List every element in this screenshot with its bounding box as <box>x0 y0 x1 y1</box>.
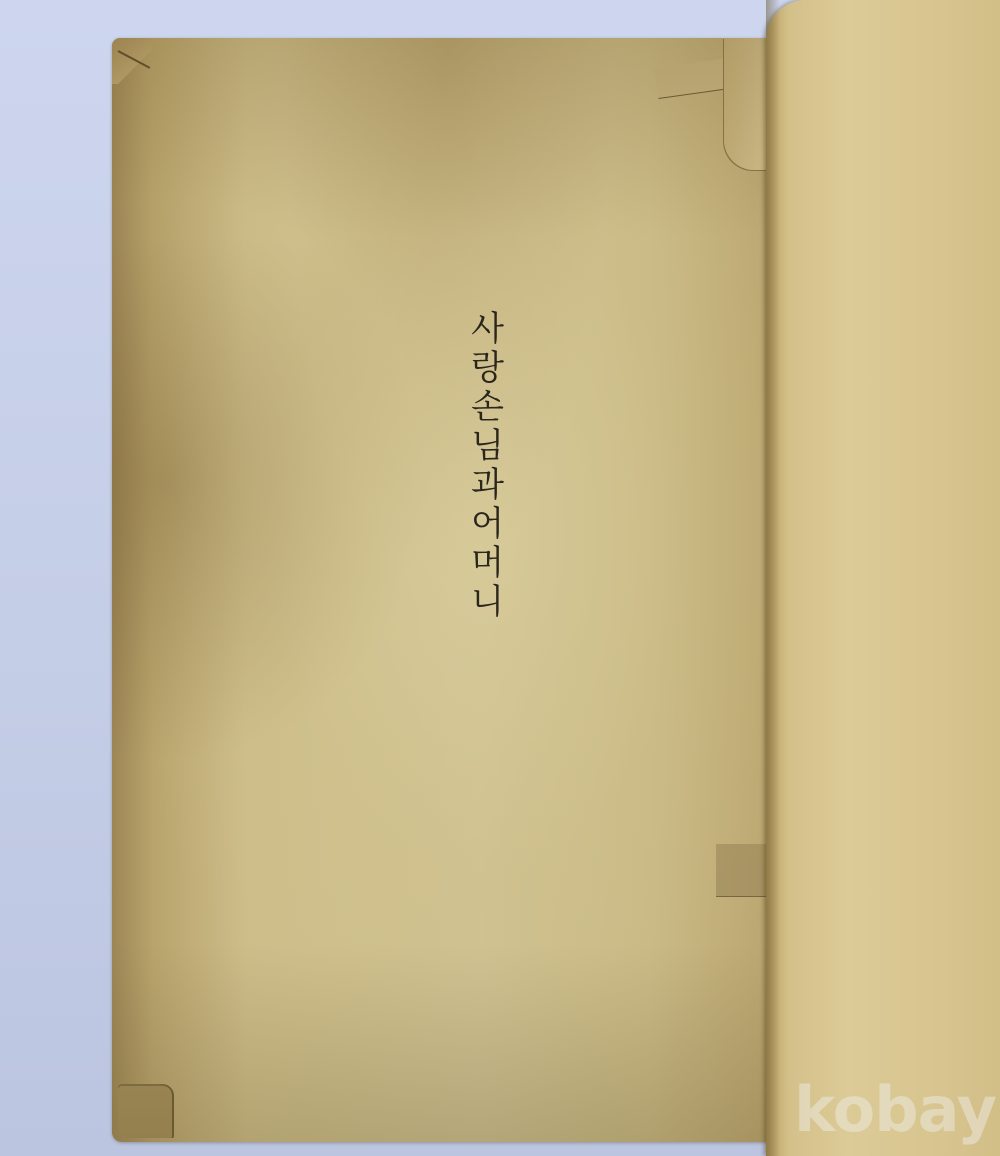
folded-corner-bottom <box>118 1084 174 1138</box>
left-book-page: 사랑손님과어머니 <box>112 38 784 1142</box>
torn-paper-patch <box>654 56 745 99</box>
kobay-watermark: kobay <box>794 1073 996 1146</box>
book-title-vertical: 사랑손님과어머니 <box>464 310 504 622</box>
folded-corner-top <box>112 38 152 84</box>
right-book-page <box>766 0 1000 1156</box>
corner-crease <box>118 50 151 69</box>
